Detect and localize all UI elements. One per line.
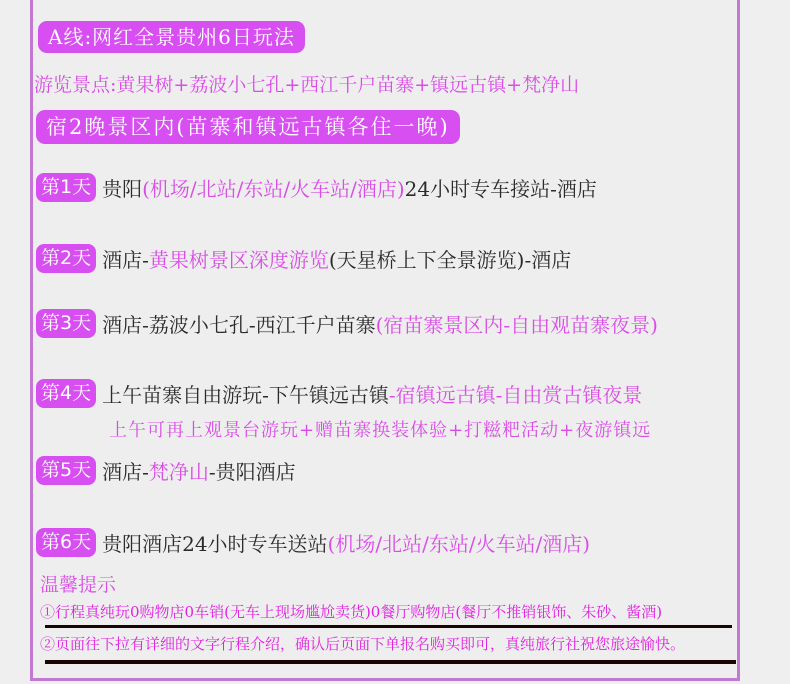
day-badge: 第5天 <box>36 456 96 485</box>
spots-line: 游览景点:黄果树+荔波小七孔+西江千户苗寨+镇远古镇+梵净山 <box>34 70 579 97</box>
day-badge: 第1天 <box>36 173 96 202</box>
day-6: 第6天 贵阳酒店24小时专车送站 (机场/北站/东站/火车站/酒店) <box>36 528 590 557</box>
day-text: (机场/北站/东站/火车站/酒店) <box>142 173 405 202</box>
day-1: 第1天 贵阳 (机场/北站/东站/火车站/酒店) 24小时专车接站-酒店 <box>36 173 597 202</box>
tip-item: ①行程真纯玩0购物店0车销(无车上现场尴尬卖货)0餐厅购物店(餐厅不推销银饰、朱… <box>40 601 662 622</box>
divider <box>45 660 736 664</box>
day-text: 酒店-荔波小七孔-西江千户苗寨 <box>102 309 376 338</box>
day-badge: 第6天 <box>36 528 96 557</box>
day-text: (宿苗寨景区内-自由观苗寨夜景) <box>376 309 658 338</box>
day-text: 贵阳酒店24小时专车送站 <box>102 528 327 557</box>
day-text: 黄果树景区深度游览 <box>149 244 329 273</box>
day-2: 第2天 酒店- 黄果树景区深度游览 (天星桥上下全景游览)-酒店 <box>36 244 571 273</box>
tips-title: 温馨提示 <box>40 570 116 597</box>
day-text: 贵阳 <box>102 173 142 202</box>
tip-item: ②页面往下拉有详细的文字行程介绍，确认后页面下单报名购买即可，真纯旅行社祝您旅途… <box>40 633 685 654</box>
day-3: 第3天 酒店-荔波小七孔-西江千户苗寨 (宿苗寨景区内-自由观苗寨夜景) <box>36 309 658 338</box>
divider <box>45 625 732 628</box>
day-text: (天星桥上下全景游览)-酒店 <box>329 244 571 273</box>
day-text: (机场/北站/东站/火车站/酒店) <box>328 528 591 557</box>
day-5: 第5天 酒店- 梵净山 -贵阳酒店 <box>36 456 296 485</box>
day-text: -宿镇远古镇-自由赏古镇夜景 <box>389 379 643 408</box>
day-text: 上午苗寨自由游玩-下午镇远古镇 <box>102 379 389 408</box>
day-text: 酒店- <box>102 244 149 273</box>
route-title: A线:网红全景贵州6日玩法 <box>38 21 305 53</box>
stay-note: 宿2晚景区内(苗寨和镇远古镇各住一晚) <box>36 110 460 144</box>
day-4-note: 上午可再上观景台游玩+赠苗寨换装体验+打糍粑活动+夜游镇远 <box>109 416 651 442</box>
day-text: 酒店- <box>102 456 149 485</box>
day-badge: 第3天 <box>36 309 96 338</box>
day-text: 梵净山 <box>149 456 209 485</box>
day-badge: 第2天 <box>36 244 96 273</box>
itinerary-frame <box>30 0 740 681</box>
day-text: -贵阳酒店 <box>209 456 296 485</box>
day-text: 24小时专车接站-酒店 <box>405 173 597 202</box>
day-badge: 第4天 <box>36 379 96 408</box>
day-4: 第4天 上午苗寨自由游玩-下午镇远古镇 -宿镇远古镇-自由赏古镇夜景 <box>36 379 642 408</box>
